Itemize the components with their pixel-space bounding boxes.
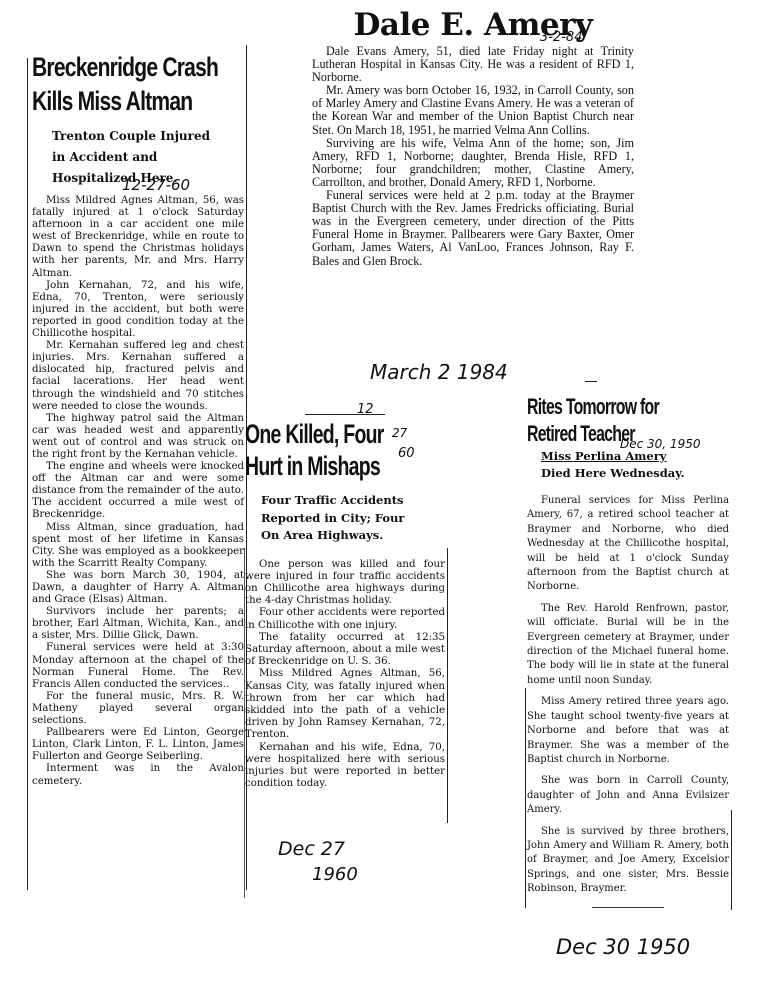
- article-paragraph: Interment was in the Avalon cemetery.: [32, 763, 244, 787]
- handwritten-date-day: 27: [392, 426, 407, 440]
- subhead-line: Died Here Wednesday.: [541, 465, 729, 482]
- article-paragraph: John Kernahan, 72, and his wife, Edna, 7…: [32, 280, 244, 340]
- clip-border-right: [447, 548, 448, 823]
- headline: Dale E. Amery: [312, 6, 634, 44]
- handwritten-date-year: 60: [398, 446, 415, 461]
- article-paragraph: She was born March 30, 1904, at Dawn, a …: [32, 570, 244, 606]
- article-paragraph: She is survived by three brothers, John …: [527, 825, 729, 897]
- article-paragraph: The engine and wheels were knocked off t…: [32, 461, 244, 521]
- clipping-perlina-amery: Rites Tomorrow for Retired Teacher Miss …: [527, 393, 729, 908]
- article-paragraph: The highway patrol said the Altman car w…: [32, 413, 244, 461]
- clip-border-left: [27, 58, 28, 890]
- article-paragraph: Miss Mildred Agnes Altman, 56, was fatal…: [32, 195, 244, 280]
- article-paragraph: Kernahan and his wife, Edna, 70, were ho…: [245, 742, 445, 791]
- headline-line: Breckenridge Crash: [32, 50, 244, 84]
- subhead-line: in Accident and: [52, 147, 244, 168]
- article-paragraph: Surviving are his wife, Velma Ann of the…: [312, 137, 634, 189]
- article-paragraph: Mr. Kernahan suffered leg and chest inju…: [32, 340, 244, 413]
- article-paragraph: One person was killed and four were inju…: [245, 559, 445, 608]
- clipping-mishaps: One Killed, Four Hurt in Mishaps Four Tr…: [245, 418, 445, 790]
- handwritten-note: Dec 30 1950: [556, 935, 690, 959]
- subhead-line: Reported in City; Four: [261, 510, 445, 528]
- article-paragraph: Pallbearers were Ed Linton, George Linto…: [32, 727, 244, 763]
- subhead-line: Four Traffic Accidents: [261, 492, 445, 510]
- clip-border-right: [731, 810, 732, 910]
- dash-mark: [585, 381, 597, 382]
- article-body: Dale Evans Amery, 51, died late Friday n…: [312, 45, 634, 268]
- article-body: One person was killed and four were inju…: [245, 559, 445, 791]
- headline-line: Kills Miss Altman: [32, 84, 244, 118]
- subhead: Miss Perlina Amery Died Here Wednesday.: [541, 448, 729, 482]
- handwritten-note: March 2 1984: [370, 360, 508, 384]
- article-paragraph: Funeral services for Miss Perlina Amery,…: [527, 494, 729, 595]
- article-paragraph: Dale Evans Amery, 51, died late Friday n…: [312, 45, 634, 84]
- handwritten-date: Dec 30, 1950: [620, 437, 700, 451]
- article-paragraph: Funeral services were held at 3:30 Monda…: [32, 642, 244, 690]
- article-body: Miss Mildred Agnes Altman, 56, was fatal…: [32, 195, 244, 788]
- subhead-line: Trenton Couple Injured: [52, 126, 244, 147]
- headline: Breckenridge Crash Kills Miss Altman: [32, 50, 244, 118]
- clipping-altman: Breckenridge Crash Kills Miss Altman Tre…: [32, 50, 244, 788]
- handwritten-date: 12-27-60: [122, 176, 190, 194]
- headline-line: Rites Tomorrow for: [527, 393, 729, 420]
- clip-border-left: [525, 688, 526, 908]
- handwritten-note-line1: Dec 27: [278, 838, 345, 860]
- subhead-line: On Area Highways.: [261, 527, 445, 545]
- article-paragraph: Four other accidents were reported in Ch…: [245, 607, 445, 631]
- article-paragraph: She was born in Carroll County, daughter…: [527, 774, 729, 817]
- article-paragraph: Miss Altman, since graduation, had spent…: [32, 522, 244, 570]
- article-paragraph: Miss Amery retired three years ago. She …: [527, 695, 729, 767]
- handwritten-date: 3-2-84: [540, 30, 582, 45]
- article-paragraph: Mr. Amery was born October 16, 1932, in …: [312, 84, 634, 136]
- article-paragraph: For the funeral music, Mrs. R. W. Mathen…: [32, 691, 244, 727]
- article-paragraph: Miss Mildred Agnes Altman, 56, Kansas Ci…: [245, 668, 445, 741]
- article-paragraph: Survivors include her parents; a brother…: [32, 606, 244, 642]
- clipping-dale-amery: Dale E. Amery Dale Evans Amery, 51, died…: [312, 6, 634, 268]
- article-paragraph: Funeral services were held at 2 p.m. tod…: [312, 189, 634, 268]
- article-paragraph: The fatality occurred at 12:35 Saturday …: [245, 632, 445, 669]
- handwritten-note-line2: 1960: [312, 864, 358, 885]
- end-rule: [592, 907, 664, 908]
- subhead: Four Traffic Accidents Reported in City;…: [261, 492, 445, 545]
- article-body: Funeral services for Miss Perlina Amery,…: [527, 494, 729, 897]
- handwritten-date-month: 12: [357, 402, 374, 417]
- article-paragraph: The Rev. Harold Renfrown, pastor, will o…: [527, 602, 729, 688]
